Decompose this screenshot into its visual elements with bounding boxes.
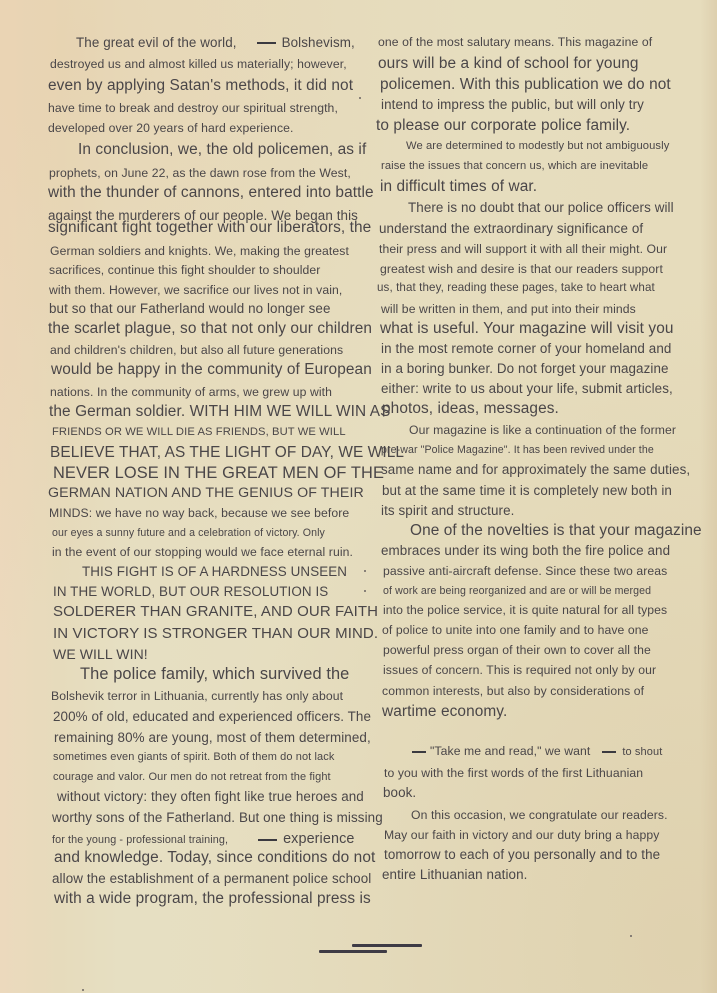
text-line: sacrifices, continue this fight shoulder… — [49, 263, 320, 277]
text-line: intend to impress the public, but will o… — [381, 97, 644, 112]
text-line: of work are being reorganized and are or… — [383, 585, 651, 597]
text-line: issues of concern. This is required not … — [383, 663, 656, 677]
text-line: the German soldier. WITH HIM WE WILL WIN… — [49, 403, 391, 421]
text-fragment: to shout — [622, 746, 662, 758]
text-line: with the thunder of cannons, entered int… — [48, 184, 374, 202]
text-line: pre-war "Police Magazine". It has been r… — [381, 444, 654, 456]
text-line: have time to break and destroy our spiri… — [48, 101, 338, 115]
text-line: with them. However, we sacrifice our liv… — [49, 283, 342, 297]
text-line: BELIEVE THAT, AS THE LIGHT OF DAY, WE WI… — [50, 444, 404, 462]
text-line: destroyed us and almost killed us materi… — [50, 57, 347, 71]
paper-speck — [630, 935, 632, 937]
text-line: to you with the first words of the first… — [384, 766, 643, 780]
paper-speck — [359, 97, 361, 99]
text-line: worthy sons of the Fatherland. But one t… — [52, 810, 383, 825]
text-line: but at the same time it is completely ne… — [382, 483, 672, 498]
text-line: wartime economy. — [382, 703, 507, 721]
em-dash — [258, 839, 277, 841]
text-line: to please our corporate police family. — [376, 117, 630, 135]
text-line: photos, ideas, messages. — [382, 400, 559, 418]
text-line: prophets, on June 22, as the dawn rose f… — [49, 166, 351, 180]
em-dash — [257, 42, 276, 44]
text-line: either: write to us about your life, sub… — [381, 381, 673, 396]
text-line: and knowledge. Today, since conditions d… — [54, 849, 375, 867]
text-line: what is useful. Your magazine will visit… — [380, 320, 674, 338]
text-line: its spirit and structure. — [381, 503, 514, 518]
text-line: greatest wish and desire is that our rea… — [380, 262, 663, 276]
text-line: GERMAN NATION AND THE GENIUS OF THEIR — [48, 485, 364, 501]
text-line: remaining 80% are young, most of them de… — [54, 730, 371, 745]
em-dash — [602, 751, 616, 753]
text-line: WE WILL WIN! — [53, 646, 148, 662]
text-line: would be happy in the community of Europ… — [51, 361, 372, 379]
text-line: book. — [383, 785, 416, 800]
em-dash — [412, 751, 426, 753]
text-line: There is no doubt that our police office… — [408, 200, 674, 215]
text-line: German soldiers and knights. We, making … — [50, 244, 349, 258]
text-line: their press and will support it with all… — [379, 242, 667, 256]
text-line: The great evil of the world,Bolshevism, — [76, 35, 355, 50]
text-line: ours will be a kind of school for young — [378, 55, 639, 73]
text-fragment: Bolshevism, — [282, 35, 355, 50]
text-line: passive anti-aircraft defense. Since the… — [383, 564, 667, 578]
text-line: for the young - professional training,ex… — [52, 831, 354, 847]
text-line: Bolshevik terror in Lithuania, currently… — [51, 689, 343, 703]
text-line: will be written in them, and put into th… — [381, 302, 636, 316]
divider-rule-top — [352, 944, 422, 947]
text-line: common interests, but also by considerat… — [382, 684, 644, 698]
text-line: IN VICTORY IS STRONGER THAN OUR MIND. — [53, 625, 378, 642]
text-line: one of the most salutary means. This mag… — [378, 35, 652, 49]
text-line: raise the issues that concern us, which … — [381, 160, 648, 172]
text-line: May our faith in victory and our duty br… — [384, 828, 659, 842]
text-line: tomorrow to each of you personally and t… — [384, 847, 660, 862]
text-line: embraces under its wing both the fire po… — [381, 543, 670, 558]
text-fragment: The great evil of the world, — [76, 35, 237, 50]
text-line: in the event of our stopping would we fa… — [52, 545, 353, 559]
text-fragment: "Take me and read," we want — [430, 744, 590, 758]
text-line: significant fight together with our libe… — [48, 219, 371, 237]
text-line: in the most remote corner of your homela… — [381, 341, 671, 356]
text-line: the scarlet plague, so that not only our… — [48, 320, 372, 338]
paper-speck — [364, 570, 366, 572]
text-line: powerful press organ of their own to cov… — [383, 643, 651, 657]
text-line: We are determined to modestly but not am… — [406, 140, 669, 152]
text-fragment: experience — [283, 831, 354, 847]
text-line: The police family, which survived the — [80, 665, 349, 684]
magazine-page: The great evil of the world,Bolshevism, … — [0, 0, 717, 993]
text-line: IN THE WORLD, BUT OUR RESOLUTION IS — [53, 584, 328, 599]
paper-speck — [82, 989, 84, 991]
text-line: sometimes even giants of spirit. Both of… — [53, 751, 334, 763]
text-line: THIS FIGHT IS OF A HARDNESS UNSEEN — [82, 564, 347, 579]
text-line: even by applying Satan's methods, it did… — [48, 77, 353, 95]
text-line: Our magazine is like a continuation of t… — [409, 423, 676, 437]
text-line: in a boring bunker. Do not forget your m… — [381, 361, 669, 376]
text-line: developed over 20 years of hard experien… — [48, 121, 294, 135]
text-line: SOLDERER THAN GRANITE, AND OUR FAITH — [53, 603, 378, 620]
text-line: understand the extraordinary significanc… — [379, 221, 643, 236]
text-line: "Take me and read," we wantto shout — [412, 744, 662, 758]
text-line: NEVER LOSE IN THE GREAT MEN OF THE — [53, 464, 384, 483]
text-line: with a wide program, the professional pr… — [54, 890, 371, 908]
text-line: us, that they, reading these pages, take… — [377, 281, 655, 294]
text-line: nations. In the community of arms, we gr… — [50, 385, 332, 399]
text-fragment: for the young - professional training, — [52, 834, 228, 846]
text-line: in difficult times of war. — [380, 178, 537, 196]
text-line: into the police service, it is quite nat… — [383, 603, 667, 617]
divider-rule-bottom — [319, 950, 387, 953]
text-line: 200% of old, educated and experienced of… — [53, 709, 371, 724]
text-line: On this occasion, we congratulate our re… — [411, 808, 668, 822]
text-line: and children's children, but also all fu… — [50, 343, 343, 357]
text-line: same name and for approximately the same… — [381, 462, 690, 477]
text-line: our eyes a sunny future and a celebratio… — [52, 527, 325, 539]
text-line: FRIENDS OR WE WILL DIE AS FRIENDS, BUT W… — [52, 426, 346, 438]
text-line: One of the novelties is that your magazi… — [410, 522, 702, 540]
text-line: allow the establishment of a permanent p… — [52, 871, 371, 886]
text-line: policemen. With this publication we do n… — [380, 76, 671, 94]
text-line: but so that our Fatherland would no long… — [49, 301, 331, 316]
text-line: entire Lithuanian nation. — [382, 867, 527, 882]
text-line: MINDS: we have no way back, because we s… — [49, 506, 349, 520]
text-line: courage and valor. Our men do not retrea… — [53, 771, 331, 783]
paper-speck — [364, 590, 366, 592]
text-line: without victory: they often fight like t… — [57, 789, 364, 804]
text-line: of police to unite into one family and t… — [382, 623, 649, 637]
text-line: In conclusion, we, the old policemen, as… — [78, 141, 366, 159]
